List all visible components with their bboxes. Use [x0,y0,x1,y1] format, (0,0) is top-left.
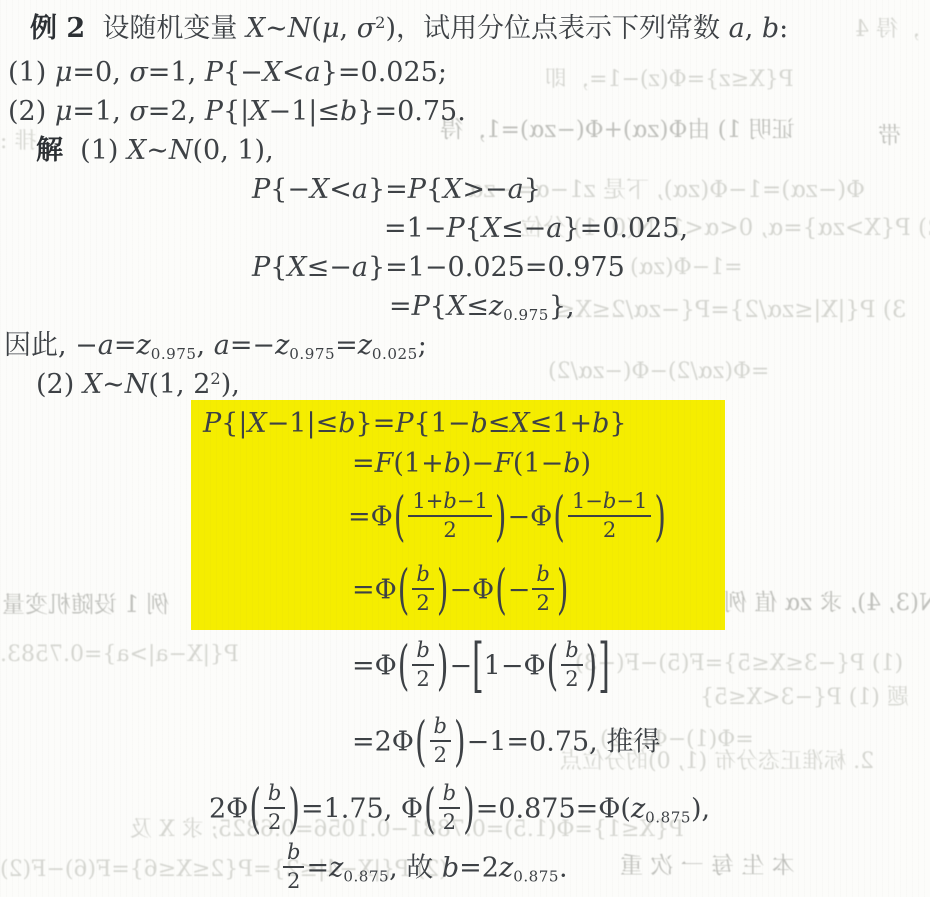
part1-step-3: P{X≤−a}=1−0.025=0.975 [252,252,625,284]
part2-step-4-highlighted: =Φ(b2)−Φ(−b2) [352,565,570,617]
fraction: b2 [430,714,451,766]
big-paren: ( [553,486,565,550]
big-paren: ) [654,486,666,550]
big-paren: ) [437,635,449,699]
big-paren: ( [547,635,559,699]
part2-step-3-highlighted: =Φ(1+b−12)−Φ(1−b−12) [348,492,667,544]
big-paren: ) [557,559,569,623]
big-paren: ) [495,486,507,550]
part2-step-7: 2Φ(b2)=1.75, Φ(b2)=0.875=Φ(z0.875), [209,784,710,836]
part1-step-4: =P{X≤z0.975}, [389,291,575,324]
fraction: b2 [412,638,433,690]
math-text-layer: 例 2 设随机变量 X∼N(μ, σ2)，试用分位点表示下列常数 a, b:(1… [0,0,930,897]
big-paren: ) [586,635,598,699]
fraction: b2 [561,638,582,690]
fraction: 1−b−12 [568,489,652,541]
part1-step-2: =1−P{X≤−a}=0.025, [384,213,688,245]
big-paren: ) [454,711,466,775]
big-paren: ( [495,559,507,623]
fraction: 1+b−12 [408,489,492,541]
solution-part1-header: 解 (1) X∼N(0, 1), [36,135,274,167]
part2-setup: (2) X∼N(1, 22), [36,369,240,401]
big-paren: ( [415,711,427,775]
big-bracket: ] [598,631,610,702]
condition-2: (2) μ=1, σ=2, P{|X−1|≤b}=0.75. [8,96,466,128]
big-bracket: [ [472,631,484,702]
fraction: b2 [412,562,433,614]
part2-step-2-highlighted: =F(1+b)−F(1−b) [352,448,591,480]
big-paren: ( [249,778,261,842]
big-paren: ) [463,778,475,842]
big-paren: ) [288,778,300,842]
part1-conclusion: 因此, −a=z0.975, a=−z0.975=z0.025; [4,330,427,363]
big-paren: ( [398,635,410,699]
condition-1: (1) μ=0, σ=1, P{−X<a}=0.025; [8,57,447,89]
big-paren: ) [437,559,449,623]
fraction: b2 [439,781,460,833]
example-2-statement: 例 2 设随机变量 X∼N(μ, σ2)，试用分位点表示下列常数 a, b: [30,13,788,45]
part2-step-6: =2Φ(b2)−1=0.75, 推得 [352,717,660,769]
part2-step-5: =Φ(b2)−[1−Φ(b2)] [352,641,610,693]
fraction: b2 [264,781,285,833]
part1-step-1: P{−X<a}=P{X>−a} [252,174,541,206]
big-paren: ( [394,486,406,550]
fraction: b2 [532,562,553,614]
big-paren: ( [398,559,410,623]
part2-conclusion: b2=z0.875, 故 b=2z0.875. [281,843,568,895]
big-paren: ( [424,778,436,842]
textbook-page: ，得 4P{X≤z}=Φ(z)−1=，即证明 1) 由Φ(zα)+Φ(−zα)=… [0,0,930,897]
fraction: b2 [283,840,304,892]
part2-step-1-highlighted: P{|X−1|≤b}=P{1−b≤X≤1+b} [203,408,627,440]
